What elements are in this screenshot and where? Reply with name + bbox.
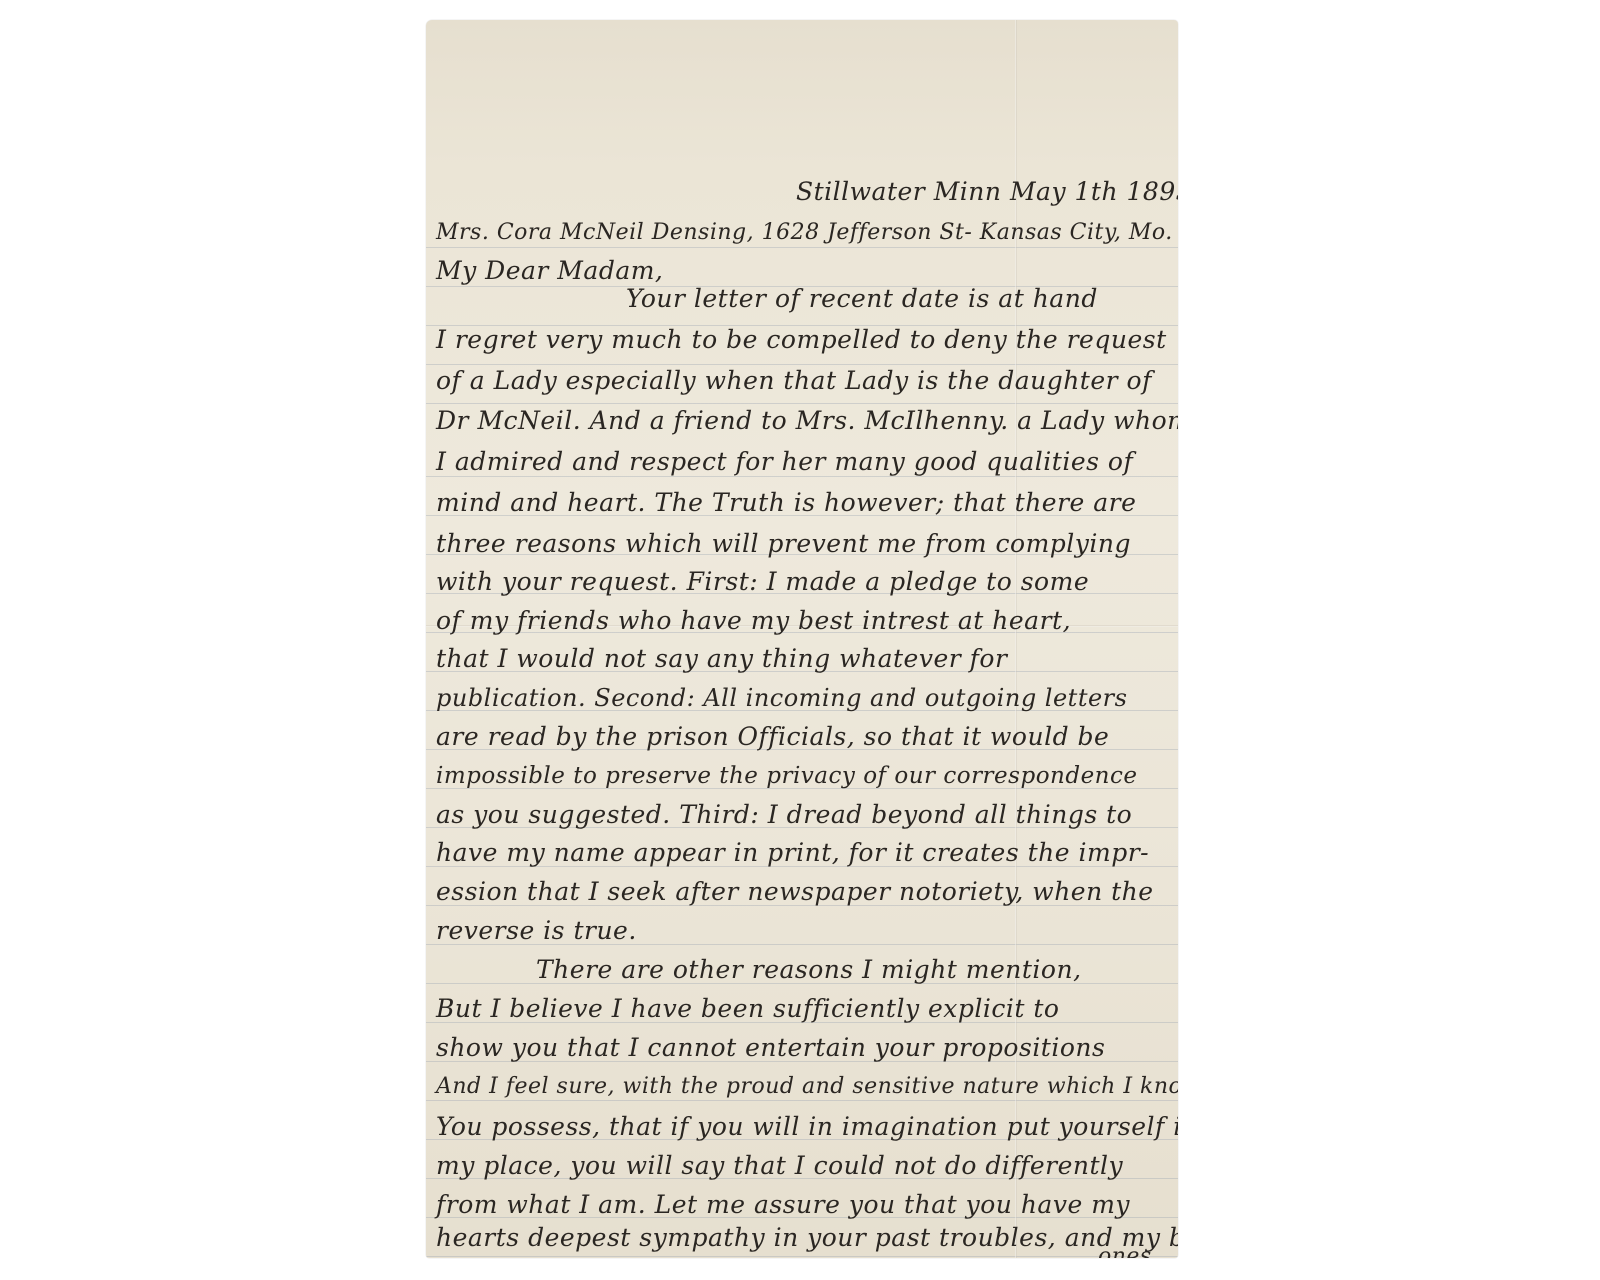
body-line: You possess, that if you will in imagina… (436, 1112, 1178, 1142)
body-line: that I would not say any thing whatever … (436, 644, 1007, 674)
body-line: my place, you will say that I could not … (436, 1151, 1123, 1181)
handwritten-letter: Stillwater Minn May 1th 1895. Mrs. Cora … (426, 20, 1178, 1258)
body-line: from what I am. Let me assure you that y… (436, 1190, 1130, 1220)
body-line: Dr McNeil. And a friend to Mrs. McIlhenn… (436, 406, 1178, 436)
body-line: mind and heart. The Truth is however; th… (436, 488, 1136, 518)
body-line: Your letter of recent date is at hand (626, 284, 1098, 314)
salutation: My Dear Madam, (436, 256, 663, 286)
body-line: as you suggested. Third: I dread beyond … (436, 800, 1132, 830)
body-line: hearts deepest sympathy in your past tro… (436, 1223, 1178, 1253)
body-line: of a Lady especially when that Lady is t… (436, 366, 1152, 396)
body-line: I admired and respect for her many good … (436, 447, 1133, 477)
body-line: ones (1098, 1242, 1152, 1258)
body-line: But I believe I have been sufficiently e… (436, 994, 1060, 1024)
body-line: I regret very much to be compelled to de… (436, 325, 1167, 355)
body-line: have my name appear in print, for it cre… (436, 838, 1149, 868)
body-line: three reasons which will prevent me from… (436, 529, 1131, 559)
body-line: are read by the prison Officials, so tha… (436, 722, 1109, 752)
addressee: Mrs. Cora McNeil Densing, 1628 Jefferson… (436, 218, 1173, 248)
body-line: ession that I seek after newspaper notor… (436, 877, 1154, 907)
body-line: publication. Second: All incoming and ou… (436, 683, 1127, 713)
dateline: Stillwater Minn May 1th 1895. (796, 177, 1178, 207)
body-line: impossible to preserve the privacy of ou… (436, 761, 1138, 791)
body-line: with your request. First: I made a pledg… (436, 567, 1089, 597)
letter-paper: Stillwater Minn May 1th 1895. Mrs. Cora … (426, 20, 1178, 1258)
body-line: And I feel sure, with the proud and sens… (436, 1072, 1178, 1102)
body-line: There are other reasons I might mention, (536, 955, 1082, 985)
body-line: of my friends who have my best intrest a… (436, 606, 1071, 636)
body-line: show you that I cannot entertain your pr… (436, 1033, 1105, 1063)
body-line: reverse is true. (436, 916, 637, 946)
